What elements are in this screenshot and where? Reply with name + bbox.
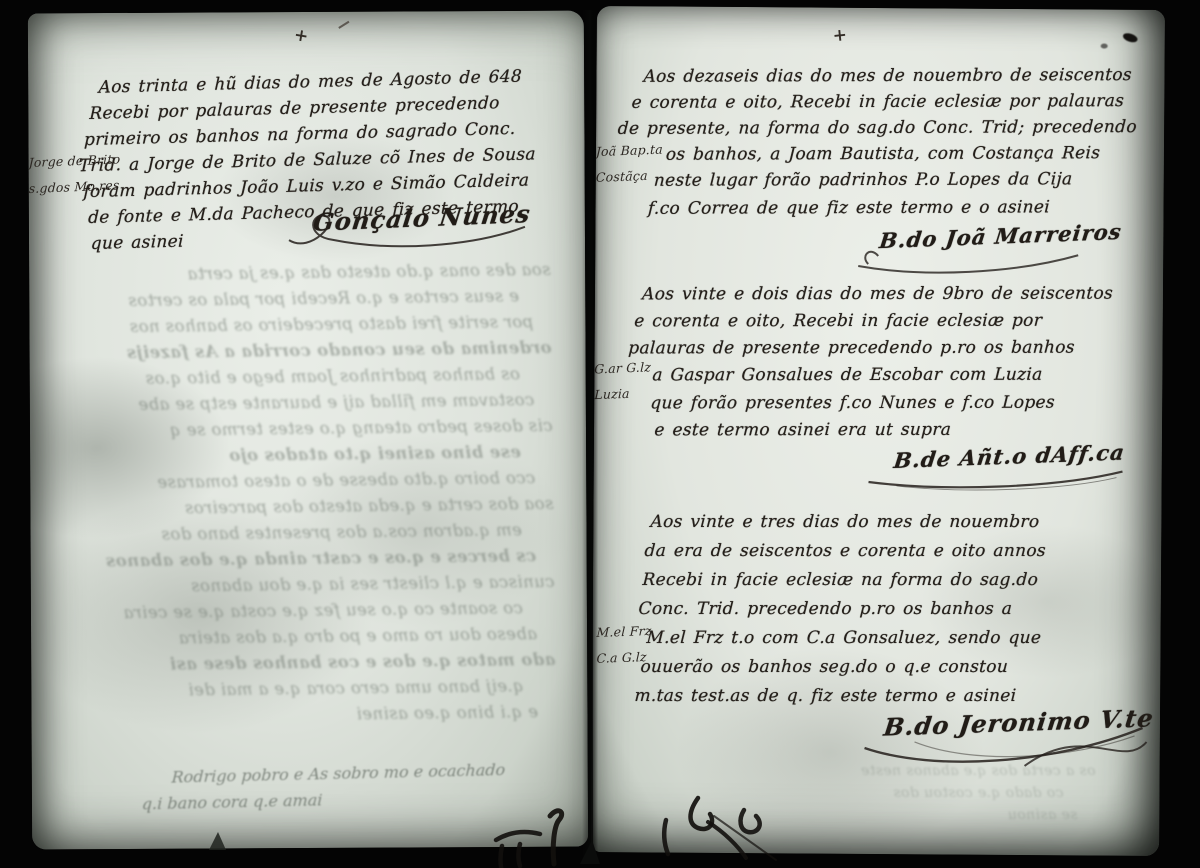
bleedthrough-block: soa des onas q.do atesto das q.es ja cer… (51, 257, 562, 731)
margin-note-line: C.a G.lz (596, 649, 647, 666)
entry-line: e este termo asinei era ut supra (654, 420, 952, 441)
ink-blot (1101, 44, 1108, 49)
cross-mark: + (832, 25, 848, 46)
faded-entry-line: Rodrigo pobro e As sobro mo e ocachado (171, 760, 505, 787)
entry-line: Recebi in facie eclesiæ na forma do sag.… (642, 570, 1039, 590)
binding-wedge-mark (576, 838, 606, 866)
entry-line: e corenta e oito, Recebi in facie eclesi… (634, 311, 1043, 332)
pen-tick-mark (338, 21, 349, 29)
cross-mark: + (292, 25, 309, 47)
entry-line: M.el Frz t.o com C.a Gonsaluez, sendo qu… (646, 628, 1042, 648)
entry-block: Aos dezaseis dias do mes de nouembro de … (596, 57, 1157, 269)
entry-line: e corenta e oito, Recebi in facie eclesi… (631, 91, 1125, 113)
margin-note-line: Joã Bap.ta (596, 142, 663, 160)
signature-flourish (854, 243, 1084, 278)
entry-line: que asinei (91, 232, 185, 254)
binding-ink-marks-left (488, 806, 584, 868)
bleedthrough-line: e q.i bino q.eo asinei (57, 699, 538, 731)
right-page: + Aos dezaseis dias do mes de nouembro d… (591, 6, 1165, 856)
entry-line: primeiro os banhos na forma do sagrado C… (84, 119, 516, 150)
entry-line: Aos dezaseis dias do mes de nouembro de … (643, 65, 1132, 87)
entry-line: Aos trinta e hũ dias do mes de Agosto de… (98, 67, 522, 98)
ink-wedge-mark (206, 830, 232, 852)
bleedthrough-line: os a certa dos q.e abanos neste (721, 760, 1095, 782)
signature-flourish (281, 209, 531, 256)
entry-line: de presente, na forma do sag.do Conc. Tr… (617, 117, 1137, 139)
entry-line: os banhos, a Joam Bautista, com Costança… (665, 143, 1100, 165)
left-page: + Jorge de Brito s.gdos Mo.res Aos trint… (28, 11, 588, 850)
signature-flourish (866, 466, 1126, 492)
margin-note-line: M.el Frz (596, 623, 651, 640)
ink-blot (1122, 32, 1139, 44)
microfilm-frame: + Jorge de Brito s.gdos Mo.res Aos trint… (0, 0, 1200, 868)
entry-line: Aos vinte e tres dias do mes de nouembro (650, 512, 1040, 532)
entry-block: Aos vinte e tres dias do mes de nouembro… (593, 506, 1153, 776)
entry-line: a Gaspar Gonsalues de Escobar com Luzia (652, 365, 1043, 386)
entry-block: Aos vinte e dois dias do mes de 9bro de … (594, 277, 1154, 488)
faded-entry-line: q.i bano cora q.e amai (141, 790, 323, 813)
margin-note-line: Costãça (596, 168, 648, 185)
entry-line: Conc. Trid. precedendo p.ro os banhos a (638, 599, 1013, 619)
entry-line: ouuerão os banhos seg.do o q.e constou (640, 657, 1009, 677)
binding-ink-marks-right (644, 788, 784, 868)
entry-line: da era de seiscentos e corenta e oito an… (644, 541, 1046, 561)
entry-line: palauras de presente precedendo p.ro os … (628, 338, 1076, 359)
entry-line: f.co Correa de que fiz este termo e o as… (648, 197, 1051, 218)
entry-line: Aos vinte e dois dias do mes de 9bro de … (642, 284, 1114, 305)
entry-line: neste lugar forão padrinhos P.o Lopes da… (653, 169, 1073, 190)
entry-line: m.tas test.as de q. fiz este termo e asi… (634, 686, 1017, 706)
entry-line: Recebi por palauras de presente preceden… (89, 93, 500, 124)
margin-note-line: G.ar G.lz (594, 359, 651, 376)
entry-line: que forão presentes f.co Nunes e f.co Lo… (650, 393, 1056, 414)
binding-thread (591, 110, 593, 858)
